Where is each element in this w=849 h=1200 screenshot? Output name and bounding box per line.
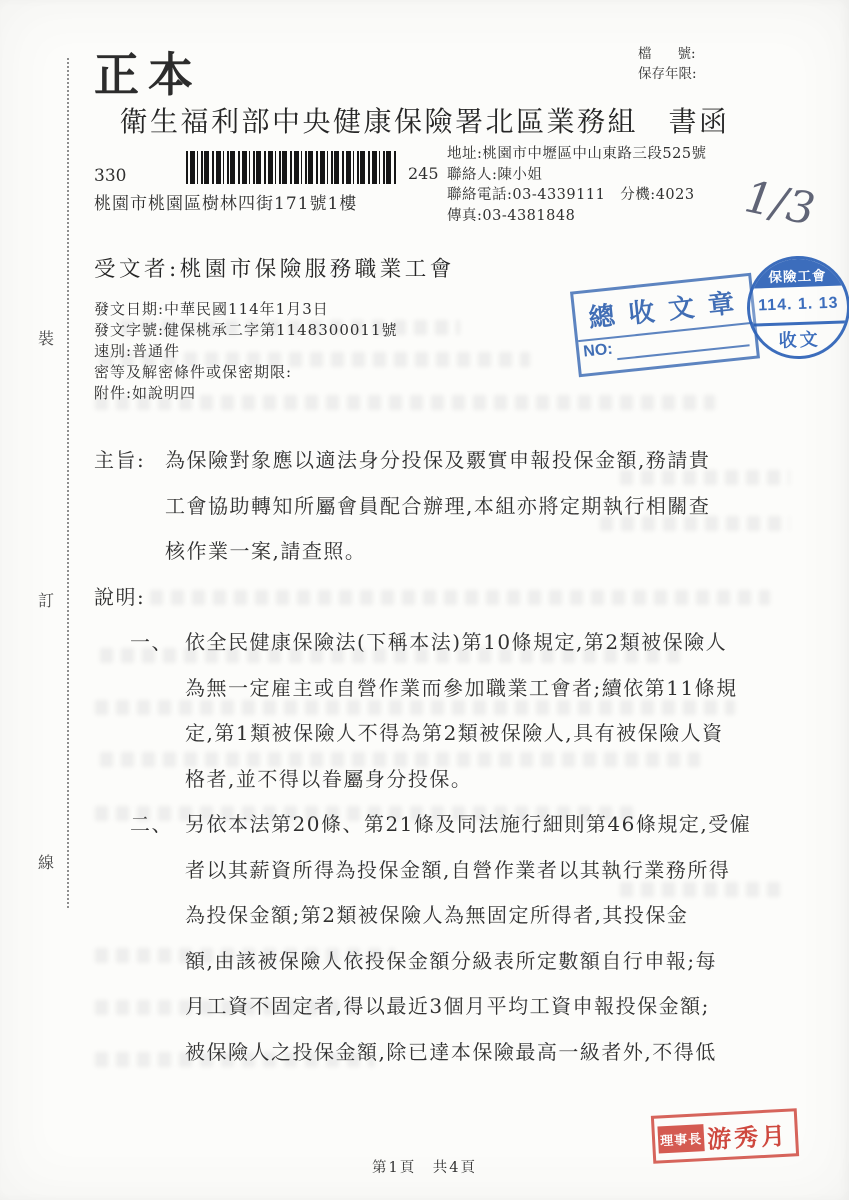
file-number-block: 檔號: 保存年限: [638, 44, 697, 84]
speed-class: 速別:普通件 [94, 341, 398, 362]
item-line: 月工資不固定者,得以最近3個月平均工資申報投保金額; [185, 984, 751, 1030]
page-number-footer: 第1頁 共4頁 [0, 1156, 849, 1177]
item-content: 依全民健康保險法(下稱本法)第10條規定,第2類被保險人 為無一定雇主或自營作業… [185, 620, 738, 802]
issue-date: 發文日期:中華民國114年1月3日 [94, 299, 398, 320]
binding-mark-ding: 訂 [36, 588, 56, 611]
item-line: 額,由該被保險人依投保金額分級表所定數額自行申報;每 [185, 939, 751, 985]
sender-contact-block: 地址:桃園市中壢區中山東路三段525號 聯絡人:陳小姐 聯絡電話:03-4339… [447, 144, 707, 226]
attachment-note: 附件:如說明四 [94, 383, 398, 404]
contact-person: 聯絡人:陳小姐 [447, 165, 707, 186]
receipt-no-label: NO: [583, 341, 614, 362]
contact-phone: 聯絡電話:03-4339111 分機:4023 [447, 185, 707, 206]
subject-line: 為保險對象應以適法身分投保及覈實申報投保金額,務請貴 [165, 438, 710, 484]
document-meta-block: 發文日期:中華民國114年1月3日 發文字號:健保桃承二字第1148300011… [94, 299, 398, 404]
subject-line: 工會協助轉知所屬會員配合辦理,本組亦將定期執行相關查 [165, 484, 710, 530]
binding-mark-zhuang: 裝 [36, 326, 56, 349]
binding-dotted-line [67, 58, 69, 908]
explanation-item-1: 一、 依全民健康保險法(下稱本法)第10條規定,第2類被保險人 為無一定雇主或自… [130, 620, 806, 802]
item-number: 一、 [130, 620, 185, 802]
explanation-item-2: 二、 另依本法第20條、第21條及同法施行細則第46條規定,受僱 者以其薪資所得… [130, 802, 806, 1075]
subject-paragraph: 主旨: 為保險對象應以適法身分投保及覈實申報投保金額,務請貴 工會協助轉知所屬會… [94, 438, 806, 575]
binding-mark-xian: 線 [36, 850, 56, 873]
contact-fax: 傳真:03-4381848 [447, 206, 707, 227]
subject-content: 為保險對象應以適法身分投保及覈實申報投保金額,務請貴 工會協助轉知所屬會員配合辦… [165, 438, 710, 575]
item-line: 為投保金額;第2類被保險人為無固定所得者,其投保金 [185, 893, 751, 939]
mail-code: 245 [408, 164, 439, 183]
item-line: 依全民健康保險法(下稱本法)第10條規定,第2類被保險人 [185, 620, 738, 666]
item-line: 另依本法第20條、第21條及同法施行細則第46條規定,受僱 [185, 802, 751, 848]
subject-line: 核作業一案,請查照。 [165, 529, 710, 575]
general-receipt-stamp: 總收文章 NO: [570, 273, 760, 378]
document-body: 主旨: 為保險對象應以適法身分投保及覈實申報投保金額,務請貴 工會協助轉知所屬會… [94, 438, 806, 1075]
item-line: 定,第1類被保險人不得為第2類被保險人,具有被保險人資 [185, 711, 738, 757]
item-content: 另依本法第20條、第21條及同法施行細則第46條規定,受僱 者以其薪資所得為投保… [185, 802, 751, 1075]
item-line: 者以其薪資所得為投保金額,自營作業者以其執行業務所得 [185, 848, 751, 894]
document-title: 衛生福利部中央健康保險署北區業務組 書函 [0, 100, 849, 140]
copy-type-label: 正本 [94, 37, 202, 105]
recipient-line: 受文者:桃園市保險服務職業工會 [94, 252, 455, 283]
union-stamp-received-label: 收文 [751, 323, 849, 357]
retention-period-label: 保存年限: [638, 64, 697, 84]
mail-barcode [186, 151, 398, 184]
zip-code: 330 [94, 166, 126, 186]
handwritten-date-note: 1/3 [736, 172, 823, 235]
chairman-title: 理事長 [657, 1124, 704, 1153]
sender-address: 地址:桃園市中壢區中山東路三段525號 [447, 144, 707, 165]
chairman-name: 游秀月 [706, 1115, 789, 1154]
file-number-label: 檔號: [638, 44, 697, 64]
document-page: 裝 訂 線 正本 檔號: 保存年限: 衛生福利部中央健康保險署北區業務組 書函 … [0, 0, 849, 1200]
union-stamp-date: 114. 1. 13 [749, 285, 847, 326]
explanation-label: 說明: [94, 575, 806, 621]
item-number: 二、 [130, 802, 185, 1075]
security-class: 密等及解密條件或保密期限: [94, 362, 398, 383]
item-line: 格者,並不得以眷屬身分投保。 [185, 757, 738, 803]
union-stamp-org: 保險工會 [748, 257, 846, 288]
issue-number: 發文字號:健保桃承二字第1148300011號 [94, 320, 398, 341]
item-line: 為無一定雇主或自營作業而參加職業工會者;續依第11條規 [185, 666, 738, 712]
item-line: 被保險人之投保金額,除已達本保險最高一級者外,不得低 [185, 1030, 751, 1076]
recipient-mailing-address: 桃園市桃園區樹林四街171號1樓 [94, 189, 357, 214]
subject-label: 主旨: [94, 438, 165, 575]
union-received-stamp: 保險工會 114. 1. 13 收文 [745, 254, 849, 361]
